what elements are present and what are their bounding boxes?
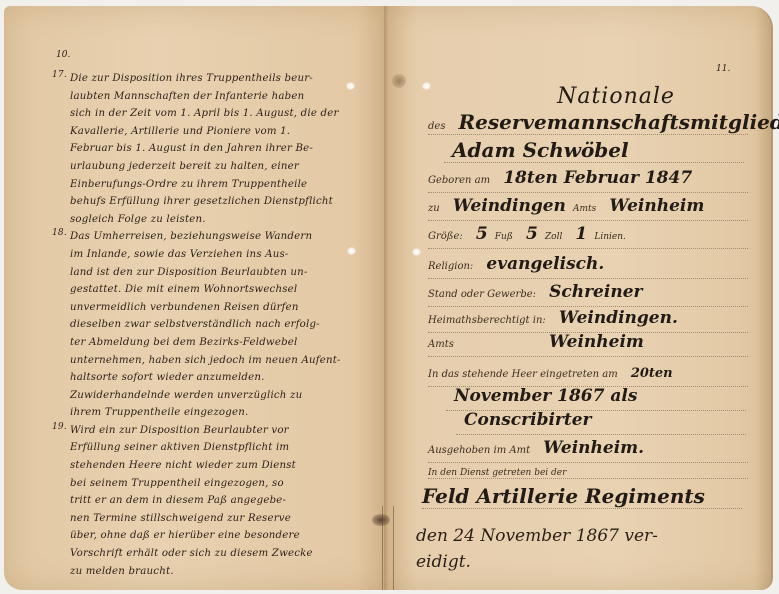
field-label: Zoll [545,232,562,242]
field-value: Weinheim [549,332,644,352]
paragraph-19: 19. Wird ein zur Disposition Beurlaubter… [52,422,362,580]
field-value: Conscribirter [464,410,592,430]
field-label: Religion: [428,261,473,272]
text-line: Vorschrift erhält oder sich zu diesem Zw… [70,545,362,563]
left-page: 10. 17. Die zur Disposition ihres Truppe… [4,6,386,590]
field-entry-type: Conscribirter [456,410,746,435]
field-value: 1 [575,224,587,244]
field-value: Schreiner [549,282,642,302]
field-entry-date: In das stehende Heer eingetreten am 20te… [428,362,748,387]
binding-hole [422,82,431,90]
field-value: Weinheim [609,196,704,216]
text-line: Wird ein zur Disposition Beurlaubter vor [70,422,362,440]
text-line: Februar bis 1. August in den Jahren ihre… [70,140,362,158]
field-label: Heimathsberechtigt in: [428,315,546,326]
text-line: zu melden braucht. [70,563,362,581]
field-label: Ausgehoben im Amt [428,445,530,456]
field-label: des [428,121,445,132]
stain [392,74,406,88]
page-number-right: 11. [716,64,730,74]
field-name: Adam Schwöbel [444,138,744,163]
field-religion: Religion: evangelisch. [428,254,748,279]
field-birth-date: Geboren am 18ten Februar 1847 [428,168,748,193]
field-label: Fuß [495,232,513,242]
text-line: Kavallerie, Artillerie und Pioniere vom … [70,123,362,141]
field-value: Weinheim. [543,438,644,458]
field-value: Weindingen [453,196,566,216]
binding-hole [412,248,421,256]
binding-hole [347,247,356,255]
field-value: Adam Schwöbel [452,138,629,162]
field-occupation: Stand oder Gewerbe: Schreiner [428,282,748,307]
field-label: Amts [428,339,454,350]
regulations-text: 17. Die zur Disposition ihres Truppenthe… [52,70,362,580]
field-birthplace: zu Weindingen Amts Weinheim [428,196,748,221]
text-line: Einberufungs-Ordre zu ihrem Truppentheil… [70,176,362,194]
text-line: haltsorte sofort wieder anzumelden. [70,369,362,387]
field-district: Amts Weinheim [428,332,748,357]
field-entry-month: November 1867 als [446,386,746,411]
field-value: 20ten [631,366,673,381]
text-line: Die zur Disposition ihres Truppentheils … [70,70,362,88]
text-line: Erfüllung seiner aktiven Dienstpflicht i… [70,439,362,457]
field-value: 5 [476,224,488,244]
text-line: land ist den zur Disposition Beurlaubten… [70,264,362,282]
field-label: Größe: [428,231,463,242]
text-line: sich in der Zeit vom 1. April bis 1. Aug… [70,105,362,123]
text-line: im Inlande, sowie das Verziehen ins Aus- [70,246,362,264]
text-line: bei seinem Truppentheil eingezogen, so [70,475,362,493]
oath-note-line-2: eidigt. [416,552,471,572]
field-value: 5 [526,224,538,244]
right-page: 11. Nationale des Reservemannschaftsmitg… [386,6,773,590]
paragraph-number: 18. [52,228,67,238]
field-value: Feld Artillerie Regiments [422,484,705,508]
field-home-town: Heimathsberechtigt in: Weindingen. [428,308,748,333]
text-line: unvermeidlich verbundenen Reisen dürfen [70,299,362,317]
field-rank: des Reservemannschaftsmitglieds [428,110,748,135]
text-line: Zuwiderhandelnde werden unverzüglich zu [70,387,362,405]
field-service-unit-label: In den Dienst getreten bei der [428,460,748,479]
text-line: über, ohne daß er hierüber eine besonder… [70,527,362,545]
document-spread: 10. 17. Die zur Disposition ihres Truppe… [4,6,775,590]
paragraph-17: 17. Die zur Disposition ihres Truppenthe… [52,70,362,228]
book-gutter [384,6,388,590]
text-line: ter Abmeldung bei dem Bezirks-Feldwebel [70,334,362,352]
text-line: tritt er an dem in diesem Paß angegebe- [70,492,362,510]
field-value: Weindingen. [559,308,678,328]
document-title: Nationale [506,84,726,109]
field-value: Reservemannschaftsmitglieds [459,110,779,134]
field-label: Linien. [594,232,626,242]
binding-hole [346,82,355,90]
field-label: zu [428,203,440,214]
text-line: Das Umherreisen, beziehungsweise Wandern [70,228,362,246]
text-line: ihrem Truppentheile eingezogen. [70,404,362,422]
field-service-unit: Feld Artillerie Regiments [422,484,742,509]
field-label: In das stehende Heer eingetreten am [428,369,618,380]
text-line: behufs Erfüllung ihrer gesetzlichen Dien… [70,193,362,211]
field-label: Geboren am [428,175,490,186]
text-line: urlaubung jederzeit bereit zu halten, ei… [70,158,362,176]
field-label: Stand oder Gewerbe: [428,289,536,300]
oath-note-line-1: den 24 November 1867 ver- [416,526,658,546]
field-label: Amts [573,204,596,214]
field-height: Größe: 5 Fuß 5 Zoll 1 Linien. [428,224,748,249]
field-value: 18ten Februar 1847 [503,168,692,188]
binding-knot [372,514,390,526]
field-label: In den Dienst getreten bei der [428,468,566,478]
text-line: dieselben zwar selbstverständlich nach e… [70,316,362,334]
field-value: November 1867 als [454,386,637,406]
text-line: gestattet. Die mit einem Wohnortswechsel [70,281,362,299]
page-number-left: 10. [56,50,70,60]
text-line: sogleich Folge zu leisten. [70,211,362,229]
text-line: unternehmen, haben sich jedoch im neuen … [70,352,362,370]
paragraph-number: 19. [52,422,67,432]
field-value: evangelisch. [486,254,604,274]
text-line: stehenden Heere nicht wieder zum Dienst [70,457,362,475]
paragraph-number: 17. [52,70,67,80]
text-line: laubten Mannschaften der Infanterie habe… [70,88,362,106]
paragraph-18: 18. Das Umherreisen, beziehungsweise Wan… [52,228,362,422]
text-line: nen Termine stillschweigend zur Reserve [70,510,362,528]
